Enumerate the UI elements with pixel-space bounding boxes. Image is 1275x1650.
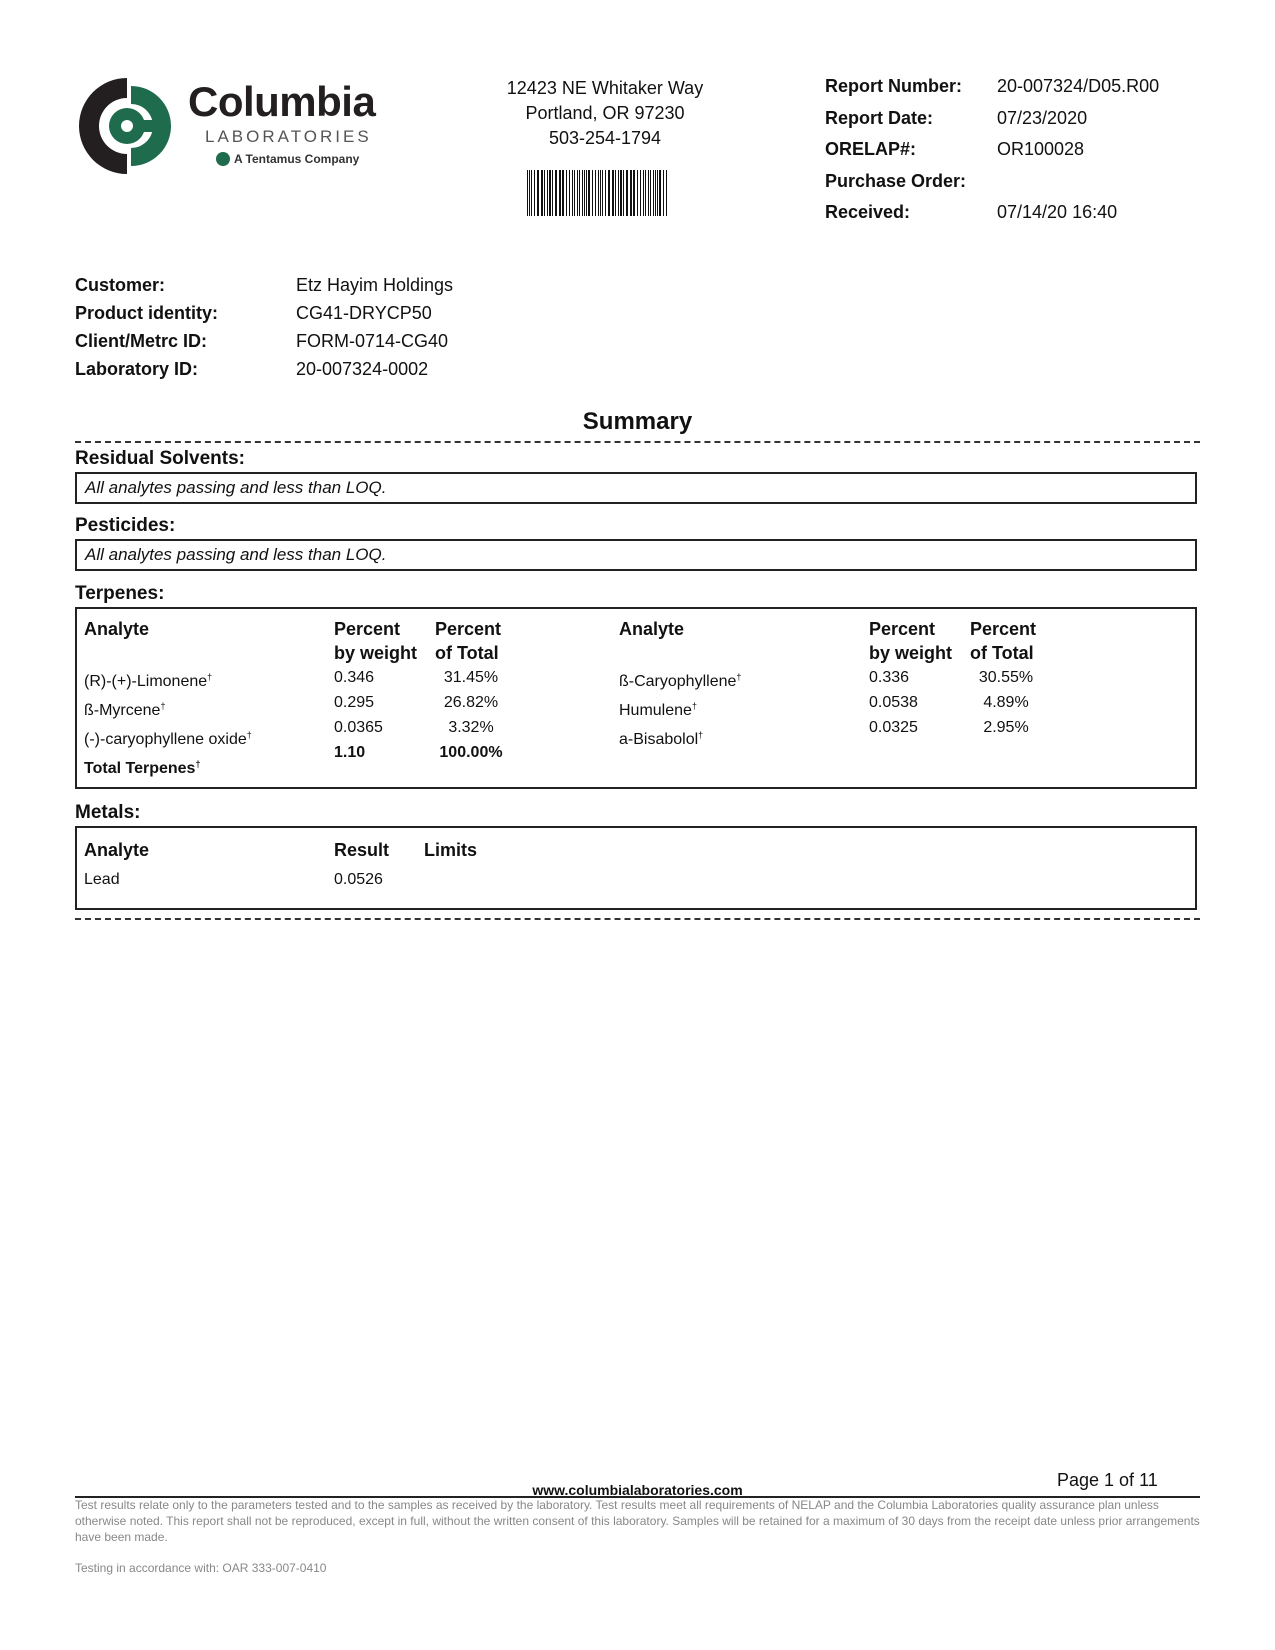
metal-analyte: Lead xyxy=(84,867,149,892)
terpene-total: 31.45% xyxy=(435,665,507,690)
terpene-weight: 0.0365 xyxy=(334,715,417,740)
terpene-analyte: a-Bisabolol† xyxy=(619,723,741,752)
tentamus-icon xyxy=(216,152,230,166)
report-meta-row: Received:07/14/20 16:40 xyxy=(825,202,1159,234)
column-header-analyte: Analyte xyxy=(84,617,252,641)
client-info-row: Product identity:CG41-DRYCP50 xyxy=(75,303,453,331)
column-header-weight: Percent xyxy=(869,617,952,641)
column-header-total-2: of Total xyxy=(435,641,507,665)
column-header-analyte: Analyte xyxy=(619,617,741,641)
footnote-mark: † xyxy=(195,759,200,769)
report-meta-label: Report Date: xyxy=(825,108,997,129)
report-meta-value: OR100028 xyxy=(997,139,1084,160)
pesticides-label: Pesticides: xyxy=(75,515,175,537)
analyte-name: ß-Myrcene† xyxy=(84,702,165,719)
footnote-mark: † xyxy=(736,672,741,682)
terpenes-label: Terpenes: xyxy=(75,583,164,605)
metal-result: 0.0526 xyxy=(334,867,389,892)
terpene-weight: 1.10 xyxy=(334,740,417,765)
terpene-analyte: Total Terpenes† xyxy=(84,752,252,781)
summary-divider-top xyxy=(75,441,1200,443)
terpene-total: 4.89% xyxy=(970,690,1042,715)
pesticides-box: All analytes passing and less than LOQ. xyxy=(75,539,1197,571)
metals-label: Metals: xyxy=(75,802,140,824)
report-meta-row: Report Date:07/23/2020 xyxy=(825,108,1159,140)
client-info-value: FORM-0714-CG40 xyxy=(296,331,448,359)
analyte-name: (-)-caryophyllene oxide† xyxy=(84,731,252,748)
terpene-total: 26.82% xyxy=(435,690,507,715)
column-header-weight-2: by weight xyxy=(869,641,952,665)
client-info-row: Customer:Etz Hayim Holdings xyxy=(75,275,453,303)
terpene-analyte: (-)-caryophyllene oxide† xyxy=(84,723,252,752)
terpene-analyte: (R)-(+)-Limonene† xyxy=(84,665,252,694)
terpene-weight: 0.0325 xyxy=(869,715,952,740)
terpene-analyte: Humulene† xyxy=(619,694,741,723)
column-header-spacer xyxy=(619,641,741,665)
metal-limits-column: Limits xyxy=(424,838,477,867)
terpene-weight: 0.0538 xyxy=(869,690,952,715)
client-info: Customer:Etz Hayim HoldingsProduct ident… xyxy=(75,275,453,387)
report-meta-value: 20-007324/D05.R00 xyxy=(997,76,1159,97)
analyte-column: Analyte ß-Caryophyllene†Humulene†a-Bisab… xyxy=(619,617,741,752)
address-line2: Portland, OR 97230 xyxy=(480,101,730,126)
footnote-mark: † xyxy=(160,701,165,711)
client-info-label: Product identity: xyxy=(75,303,296,331)
residual-solvents-box: All analytes passing and less than LOQ. xyxy=(75,472,1197,504)
metal-header-limits: Limits xyxy=(424,838,477,862)
analyte-name: Humulene† xyxy=(619,702,697,719)
client-info-row: Client/Metrc ID:FORM-0714-CG40 xyxy=(75,331,453,359)
client-info-value: CG41-DRYCP50 xyxy=(296,303,432,331)
column-header-total: Percent xyxy=(970,617,1042,641)
report-meta-label: Purchase Order: xyxy=(825,171,997,192)
footnote-mark: † xyxy=(207,672,212,682)
report-meta-value: 07/23/2020 xyxy=(997,108,1087,129)
terpene-weight: 0.295 xyxy=(334,690,417,715)
client-info-row: Laboratory ID:20-007324-0002 xyxy=(75,359,453,387)
terpene-analyte: ß-Caryophyllene† xyxy=(619,665,741,694)
report-meta-label: Report Number: xyxy=(825,76,997,97)
lab-name: Columbia xyxy=(188,78,375,126)
analyte-name: (R)-(+)-Limonene† xyxy=(84,673,212,690)
terpene-analyte: ß-Myrcene† xyxy=(84,694,252,723)
report-meta: Report Number:20-007324/D05.R00Report Da… xyxy=(825,76,1159,234)
client-info-value: 20-007324-0002 xyxy=(296,359,428,387)
metal-header-analyte: Analyte xyxy=(84,838,149,862)
footnote-mark: † xyxy=(247,730,252,740)
metals-table: AnalyteLeadResult0.0526Limits xyxy=(75,826,1197,910)
client-info-value: Etz Hayim Holdings xyxy=(296,275,453,303)
report-meta-value: 07/14/20 16:40 xyxy=(997,202,1117,223)
footnote-mark: † xyxy=(692,701,697,711)
client-info-label: Client/Metrc ID: xyxy=(75,331,296,359)
terpene-weight: 0.336 xyxy=(869,665,952,690)
metal-header-result: Result xyxy=(334,838,389,862)
terpene-total: 30.55% xyxy=(970,665,1042,690)
terpene-total: 3.32% xyxy=(435,715,507,740)
address-line1: 12423 NE Whitaker Way xyxy=(480,76,730,101)
columbia-logo-icon xyxy=(75,74,185,178)
lab-phone: 503-254-1794 xyxy=(480,126,730,151)
summary-divider-bottom xyxy=(75,918,1200,920)
compliance-text: Testing in accordance with: OAR 333-007-… xyxy=(75,1561,326,1575)
analyte-name: a-Bisabolol† xyxy=(619,731,703,748)
weight-column: Percentby weight0.3460.2950.03651.10 xyxy=(334,617,417,765)
report-meta-row: ORELAP#:OR100028 xyxy=(825,139,1159,171)
total-column: Percentof Total31.45%26.82%3.32%100.00% xyxy=(435,617,507,765)
column-header-weight: Percent xyxy=(334,617,417,641)
footnote-mark: † xyxy=(698,730,703,740)
report-meta-label: ORELAP#: xyxy=(825,139,997,160)
residual-solvents-label: Residual Solvents: xyxy=(75,448,245,470)
report-meta-row: Report Number:20-007324/D05.R00 xyxy=(825,76,1159,108)
column-header-weight-2: by weight xyxy=(334,641,417,665)
metal-result-column: Result0.0526 xyxy=(334,838,389,892)
analyte-column: Analyte (R)-(+)-Limonene†ß-Myrcene†(-)-c… xyxy=(84,617,252,781)
terpene-total: 100.00% xyxy=(435,740,507,765)
weight-column: Percentby weight0.3360.05380.0325 xyxy=(869,617,952,740)
analyte-name: Total Terpenes† xyxy=(84,760,200,777)
terpenes-table: Analyte (R)-(+)-Limonene†ß-Myrcene†(-)-c… xyxy=(75,607,1197,789)
disclaimer-text: Test results relate only to the paramete… xyxy=(75,1497,1205,1545)
terpene-total: 2.95% xyxy=(970,715,1042,740)
barcode-icon xyxy=(527,170,669,216)
client-info-label: Laboratory ID: xyxy=(75,359,296,387)
client-info-label: Customer: xyxy=(75,275,296,303)
total-column: Percentof Total30.55%4.89%2.95% xyxy=(970,617,1042,740)
report-meta-row: Purchase Order: xyxy=(825,171,1159,203)
summary-title: Summary xyxy=(0,408,1275,436)
lab-tagline: A Tentamus Company xyxy=(216,152,359,166)
metal-analyte-column: AnalyteLead xyxy=(84,838,149,892)
analyte-name: ß-Caryophyllene† xyxy=(619,673,741,690)
column-header-total: Percent xyxy=(435,617,507,641)
column-header-spacer xyxy=(84,641,252,665)
pesticides-note: All analytes passing and less than LOQ. xyxy=(77,541,1195,569)
lab-address: 12423 NE Whitaker Way Portland, OR 97230… xyxy=(480,76,730,151)
report-meta-label: Received: xyxy=(825,202,997,223)
lab-subtitle: LABORATORIES xyxy=(205,127,372,147)
column-header-total-2: of Total xyxy=(970,641,1042,665)
residual-solvents-note: All analytes passing and less than LOQ. xyxy=(77,474,1195,502)
terpene-weight: 0.346 xyxy=(334,665,417,690)
